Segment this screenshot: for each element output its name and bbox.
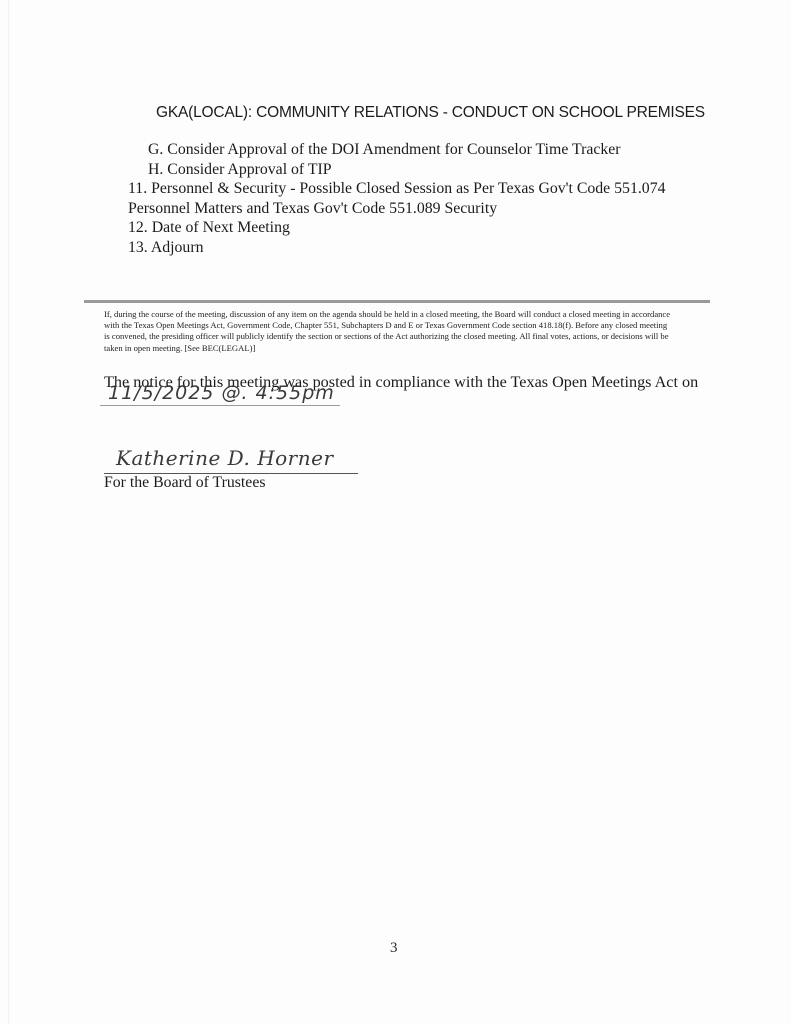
agenda-item: 13. Adjourn (128, 238, 666, 258)
section-heading: GKA(LOCAL): COMMUNITY RELATIONS - CONDUC… (156, 104, 705, 122)
agenda-item: H. Consider Approval of TIP (128, 160, 666, 180)
page-edge (8, 0, 9, 1024)
agenda-item: 11. Personnel & Security - Possible Clos… (128, 179, 666, 199)
closed-meeting-disclaimer: If, during the course of the meeting, di… (104, 309, 674, 354)
signature-caption: For the Board of Trustees (104, 474, 265, 492)
signature-handwritten: Katherine D. Horner (116, 446, 334, 470)
agenda-item-continuation: Personnel Matters and Texas Gov't Code 5… (128, 199, 666, 219)
agenda-item: G. Consider Approval of the DOI Amendmen… (128, 140, 666, 160)
agenda-list: G. Consider Approval of the DOI Amendmen… (128, 140, 666, 257)
page-number: 3 (390, 940, 398, 957)
date-underline (100, 405, 340, 406)
agenda-item: 12. Date of Next Meeting (128, 218, 666, 238)
horizontal-divider (84, 300, 710, 303)
posted-datetime-handwritten: 11/5/2025 @. 4:55pm (108, 382, 335, 404)
